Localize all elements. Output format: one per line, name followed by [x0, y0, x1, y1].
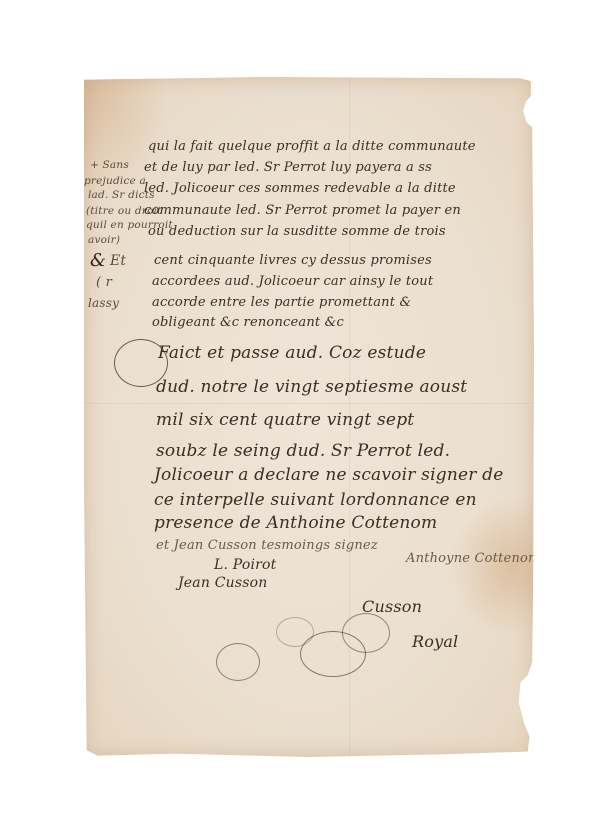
closing-line: ce interpelle suivant lordonnance en [154, 490, 477, 510]
paraph-flourish [342, 613, 390, 653]
photo-stage: + Sans prejudice a lad. Sr dicts (titre … [0, 0, 616, 826]
body-line: communaute led. Sr Perrot promet la paye… [144, 203, 461, 218]
manuscript-page: + Sans prejudice a lad. Sr dicts (titre … [84, 77, 534, 757]
paraph-flourish [276, 617, 314, 647]
margin-note: lassy [88, 296, 119, 310]
margin-note: + Sans [90, 159, 129, 171]
closing-line: presence de Anthoine Cottenom [154, 513, 437, 533]
horizontal-fold-line [84, 403, 534, 405]
closing-line: Faict et passe aud. Coz estude [158, 343, 426, 363]
margin-note: prejudice a [84, 175, 146, 187]
closing-line: mil six cent quatre vingt sept [156, 410, 414, 430]
signature-anthoine: Anthoyne Cottenom [406, 551, 541, 566]
closing-line: et Jean Cusson tesmoings signez [156, 538, 378, 553]
body-line: accordees aud. Jolicoeur car ainsy le to… [152, 274, 433, 289]
closing-line: dud. notre le vingt septiesme aoust [156, 377, 467, 397]
closing-line: soubz le seing dud. Sr Perrot led. [156, 441, 450, 461]
body-line: cent cinquante livres cy dessus promises [154, 253, 432, 268]
margin-note: Et [110, 253, 126, 269]
body-line: et de luy par led. Sr Perrot luy payera … [144, 160, 432, 175]
body-line: led. Jolicoeur ces sommes redevable a la… [144, 181, 456, 196]
margin-note: ( r [96, 275, 112, 290]
signature-poirot: L. Poirot [214, 557, 277, 573]
closing-line: Jolicoeur a declare ne scavoir signer de [154, 465, 504, 485]
signature-jean-cusson: Jean Cusson [178, 575, 267, 591]
margin-note: & [90, 250, 106, 271]
paraph-flourish [216, 643, 260, 681]
body-line: obligeant &c renonceant &c [152, 315, 344, 330]
signature-notary: Royal [412, 632, 458, 651]
body-line: ou deduction sur la susditte somme de tr… [148, 224, 446, 239]
margin-note: avoir) [88, 234, 120, 246]
body-line: qui la fait quelque proffit a la ditte c… [148, 139, 476, 154]
body-line: accorde entre les partie promettant & [152, 295, 411, 310]
